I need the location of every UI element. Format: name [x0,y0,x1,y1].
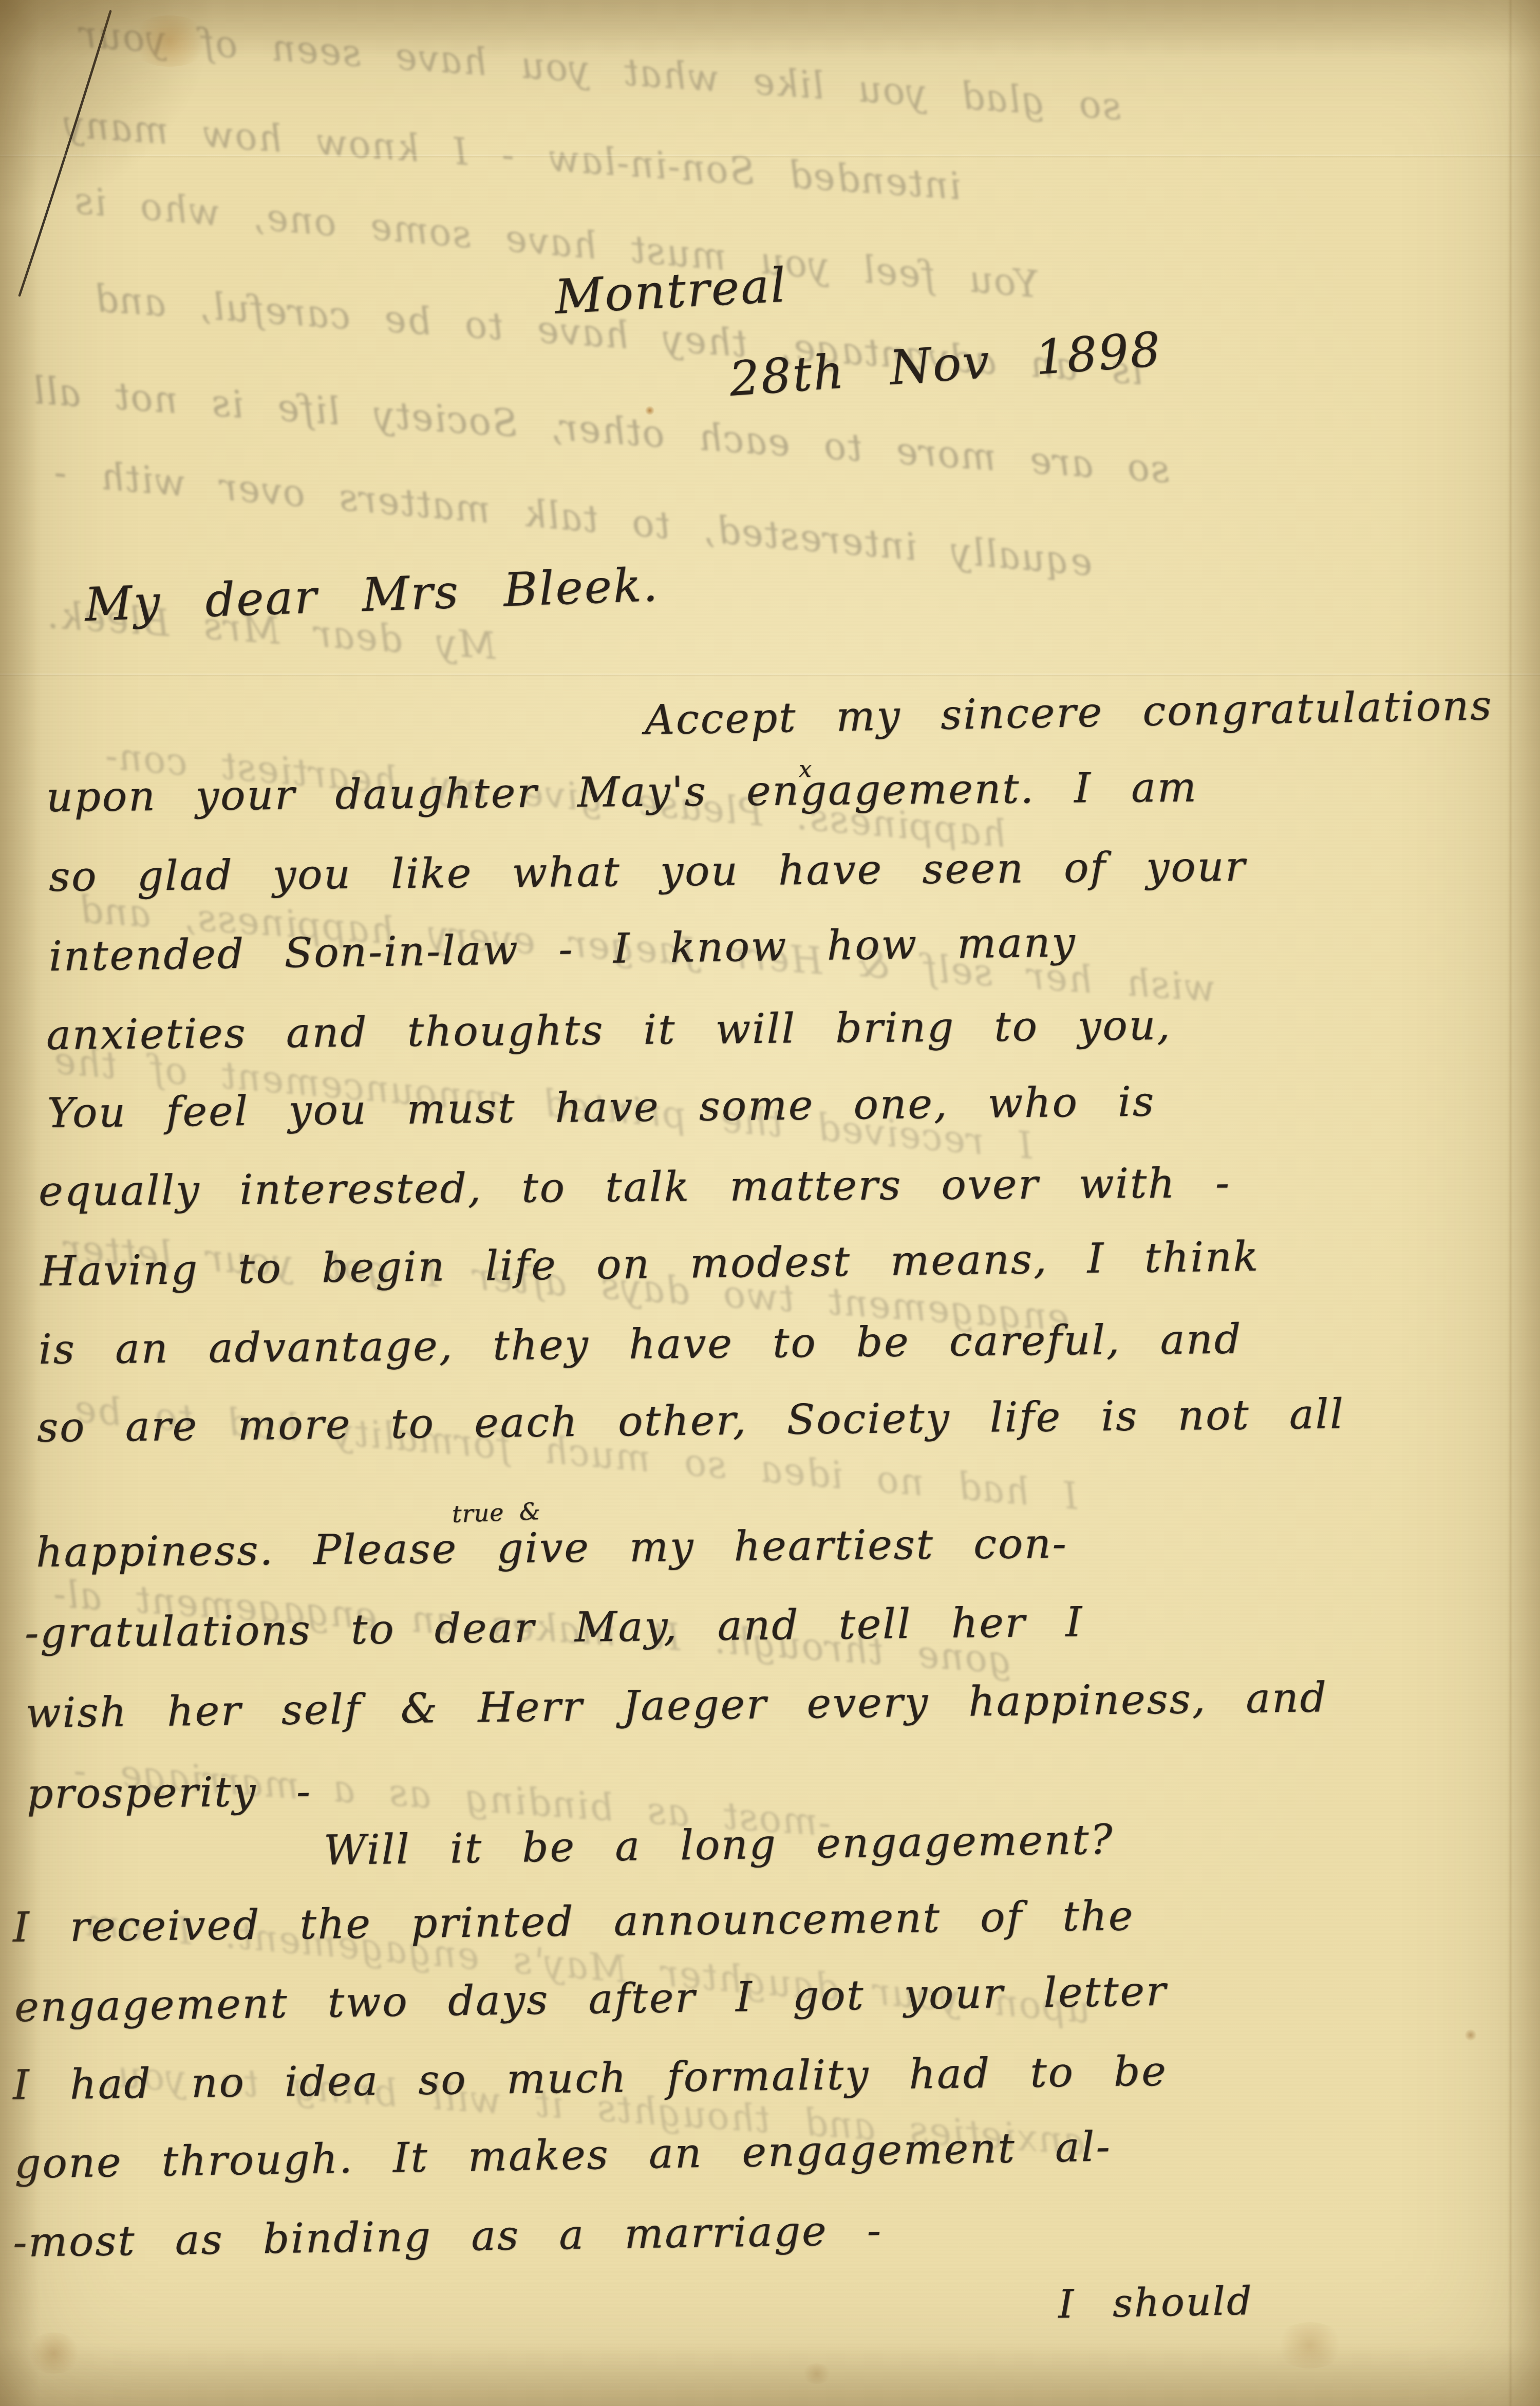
paper-stain [1464,2029,1477,2041]
body-line: -most as binding as a marriage - [12,2206,882,2266]
body-line: prosperity - [27,1767,312,1818]
body-line: so are more to each other, Society life … [37,1390,1345,1451]
body-line: Will it be a long engagement? [323,1816,1114,1874]
body-line: I received the printed announcement of t… [13,1892,1135,1951]
body-line: upon your daughter May's engagement. I a… [46,763,1198,821]
body-line: happiness. Please give my heartiest con- [36,1519,1068,1576]
bleed-through-line: so glad you like what you have seen of y… [77,12,1123,128]
paper-crease [0,673,1540,677]
paper-stain [1274,2322,1346,2368]
catchword: I should [1058,2278,1253,2327]
interlinear-insertion: true & [452,1497,541,1528]
letter-page: so glad you like what you have seen of y… [0,0,1540,2406]
body-line: so glad you like what you have seen of y… [49,843,1247,901]
body-line: equally interested, to talk matters over… [39,1159,1231,1215]
salutation: My dear Mrs Bleek. [84,558,660,632]
body-line: wish her self & Herr Jaeger every happin… [25,1673,1328,1737]
body-line: I had no idea so much formality had to b… [12,2047,1168,2109]
body-line: anxieties and thoughts it will bring to … [46,1001,1172,1059]
paper-stain [26,2333,82,2374]
paper-crease [1508,0,1513,2406]
body-line: gone through. It makes an engagement al- [14,2122,1112,2188]
paper-stain [801,2363,832,2384]
body-line: Accept my sincere congratulations [644,681,1493,744]
body-line: is an advantage, they have to be careful… [39,1315,1243,1373]
heading-place: Montreal [553,257,788,325]
